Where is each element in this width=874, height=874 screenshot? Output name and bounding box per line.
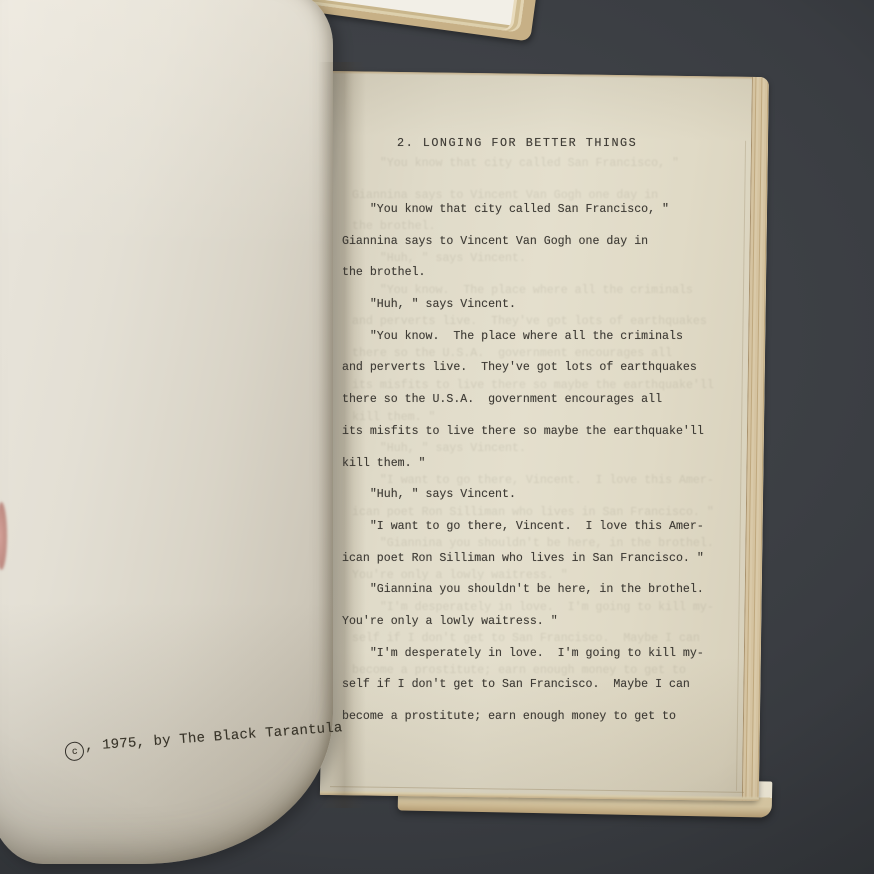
body-line: "You know. The place where all the crimi…	[342, 321, 762, 353]
body-line: become a prostitute; earn enough money t…	[342, 701, 762, 733]
body-text: "You know that city called San Francisco…	[342, 194, 762, 733]
body-line: "You know that city called San Francisco…	[342, 194, 762, 226]
copyright-text: , 1975, by The Black Tarantula	[84, 720, 343, 755]
body-line: self if I don't get to San Francisco. Ma…	[342, 669, 762, 701]
body-line: ican poet Ron Silliman who lives in San …	[342, 543, 762, 575]
body-line: and perverts live. They've got lots of e…	[342, 352, 762, 384]
body-line: kill them. "	[342, 448, 762, 480]
body-line: the brothel.	[342, 257, 762, 289]
body-line: Giannina says to Vincent Van Gogh one da…	[342, 226, 762, 258]
body-line: You're only a lowly waitress. "	[342, 606, 762, 638]
body-line: "I'm desperately in love. I'm going to k…	[342, 638, 762, 670]
body-line: its misfits to live there so maybe the e…	[342, 416, 762, 448]
body-line: "I want to go there, Vincent. I love thi…	[342, 511, 762, 543]
book-photograph: "You know that city called San Francisco…	[0, 0, 874, 874]
body-line: "Huh, " says Vincent.	[342, 479, 762, 511]
body-line: "Giannina you shouldn't be here, in the …	[342, 574, 762, 606]
body-line: "Huh, " says Vincent.	[342, 289, 762, 321]
body-line: there so the U.S.A. government encourage…	[342, 384, 762, 416]
chapter-heading: 2. LONGING FOR BETTER THINGS	[397, 136, 637, 150]
copyright-symbol-icon: c	[65, 741, 85, 761]
